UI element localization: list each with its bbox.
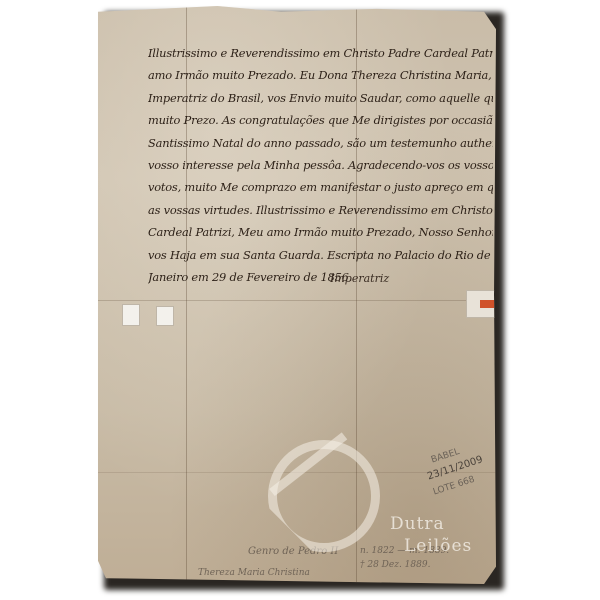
letter-line: vos Haja em sua Santa Guarda. Escripta n… (148, 244, 493, 266)
letter-line: Imperatriz do Brasil, vos Envio muito Sa… (148, 87, 493, 109)
letter-line: amo Irmão muito Prezado. Eu Dona Thereza… (148, 64, 493, 86)
signature: Imperatriz (330, 272, 389, 285)
letter-line: Janeiro em 29 de Fevereiro de 1856. (148, 266, 493, 288)
letter-line: Cardeal Patrizi, Meu amo Irmão muito Pre… (148, 221, 493, 243)
fold-line-horizontal (98, 300, 496, 301)
watermark-brand-line2: Leilões (404, 536, 472, 556)
note-bottom-right-line2: † 28 Dez. 1889. (360, 560, 430, 570)
letter-line: Illustrissimo e Reverendissimo em Christ… (148, 42, 493, 64)
letter-body: Illustrissimo e Reverendissimo em Christ… (148, 42, 493, 288)
letter-line: muito Prezo. As congratulações que Me di… (148, 109, 493, 131)
letter-line: Santissimo Natal do anno passado, são um… (148, 132, 493, 154)
note-bottom-left: Thereza Maria Christina (198, 568, 310, 578)
letter-line: votos, muito Me comprazo em manifestar o… (148, 176, 493, 198)
paper-repair-patch (156, 306, 174, 326)
watermark-brand-line1: Dutra (390, 514, 445, 534)
paper-repair-patch (122, 304, 140, 326)
letter-line: as vossas virtudes. Illustrissimo e Reve… (148, 199, 493, 221)
letter-line: vosso interesse pela Minha pessôa. Agrad… (148, 154, 493, 176)
